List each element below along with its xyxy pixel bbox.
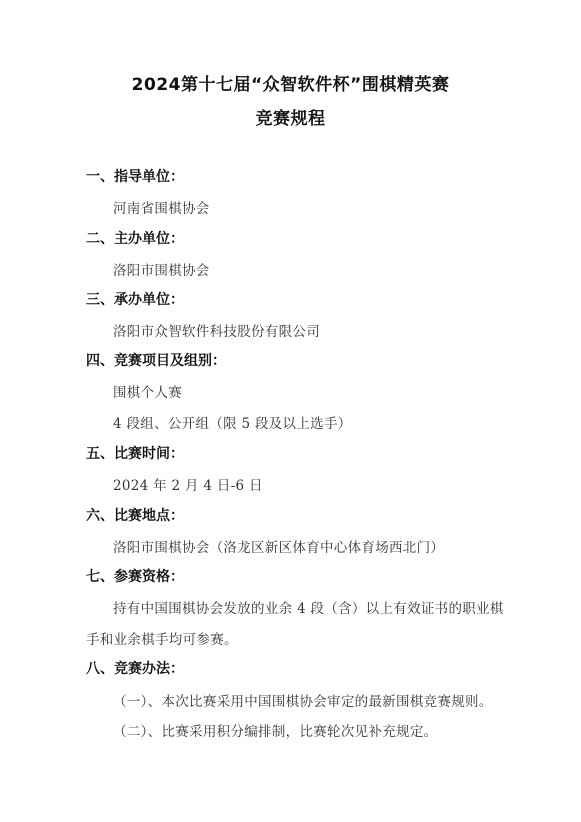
document-subtitle: 竞赛规程 [0,104,581,129]
section-heading-eligibility: 七、参赛资格： [86,566,184,586]
section-heading-venue: 六、比赛地点： [86,505,184,525]
section-heading-guidance: 一、指导单位： [86,166,184,186]
section-heading-organizer: 三、承办单位： [86,289,184,309]
section-text-rules-1: （一）、本次比赛采用中国围棋协会审定的最新围棋竞赛规则。 [113,690,493,710]
section-text-eligibility-1: 持有中国围棋协会发放的业余 4 段（含）以上有效证书的职业棋 [113,597,504,617]
section-text-rules-2: （二）、比赛采用积分编排制，比赛轮次见补充规定。 [113,720,437,740]
section-text-eligibility-2: 手和业余棋手均可参赛。 [86,628,238,648]
section-text-venue: 洛阳市围棋协会（洛龙区新区体育中心体育场西北门） [113,536,444,556]
section-text-events-1: 围棋个人赛 [113,381,182,401]
section-heading-events: 四、竞赛项目及组别： [86,350,226,370]
section-text-guidance: 河南省围棋协会 [113,197,210,217]
section-text-events-2: 4 段组、公开组（限 5 段及以上选手） [113,412,352,432]
section-text-organizer: 洛阳市众智软件科技股份有限公司 [113,320,320,340]
section-text-time: 2024 年 2 月 4 日-6 日 [113,474,263,494]
document-page: 2024第十七届“众智软件杯”围棋精英赛 竞赛规程 一、指导单位： 河南省围棋协… [0,0,581,822]
section-heading-host: 二、主办单位： [86,228,184,248]
document-title: 2024第十七届“众智软件杯”围棋精英赛 [0,70,581,95]
section-text-host: 洛阳市围棋协会 [113,259,210,279]
section-heading-time: 五、比赛时间： [86,443,184,463]
section-heading-rules: 八、竞赛办法： [86,658,184,678]
